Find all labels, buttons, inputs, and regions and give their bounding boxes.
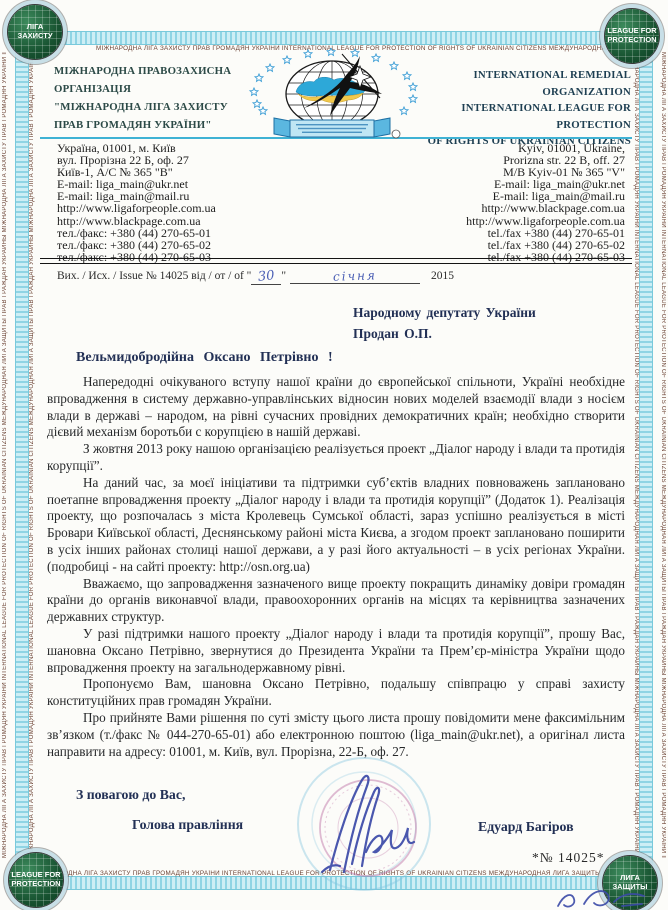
border-text-left-outer: МІЖНАРОДНА ЛІГА ЗАХИСТУ ПРАВ ГРОМАДЯН УК… xyxy=(2,52,8,858)
month-blank: січня xyxy=(290,269,420,284)
corner-emblem-globe-icon: LEAGUE FOR PROTECTION xyxy=(9,853,63,907)
handwritten-day: 30 xyxy=(257,268,275,285)
scanned-letter-page: МІЖНАРОДНА ЛІГА ЗАХИСТУ ПРАВ ГРОМАДЯН УК… xyxy=(0,0,668,910)
org-title-line: INTERNATIONAL REMEDIAL ORGANIZATION xyxy=(399,67,631,100)
org-title-line: INTERNATIONAL LEAGUE FOR PROTECTION xyxy=(399,100,631,133)
paragraph: Напередодні очікуваного вступу нашої кра… xyxy=(47,374,625,441)
contact-block-english: Kyiv, 01001, Ukraine, Prorizna str. 22 В… xyxy=(466,142,625,263)
signer-title: Голова правління xyxy=(132,817,243,833)
recipient-name: Продан О.П. xyxy=(353,323,536,344)
paragraph: Вважаємо, що запровадження зазначеного в… xyxy=(47,576,625,626)
border-text-right-outer: МІЖНАРОДНА ЛІГА ЗАХИСТУ ПРАВ ГРОМАДЯН УК… xyxy=(660,52,666,858)
contact-line-website: http://www.blackpage.com.ua xyxy=(57,215,216,227)
contact-block-ukrainian: Україна, 01001, м. Київ вул. Прорізна 22… xyxy=(57,142,216,263)
issue-label: Вих. / Исх. / Issue № 14025 від / от / o… xyxy=(57,270,244,282)
border-band-top xyxy=(40,31,632,45)
handwritten-received-mark xyxy=(554,886,650,910)
border-band-right xyxy=(639,42,653,878)
outgoing-number-line: Вих. / Исх. / Issue № 14025 від / от / o… xyxy=(57,268,454,284)
reference-number: *№ 14025* xyxy=(532,850,605,866)
border-text-left-inner: МІЖНАРОДНА ЛІГА ЗАХИСТУ ПРАВ ГРОМАДЯН УК… xyxy=(29,52,35,858)
day-blank: 30 xyxy=(251,269,281,285)
org-title-line: МІЖНАРОДНА ПРАВОЗАХИСНА ОРГАНІЗАЦІЯ xyxy=(54,62,266,98)
border-text-right-inner: МІЖНАРОДНА ЛІГА ЗАХИСТУ ПРАВ ГРОМАДЯН УК… xyxy=(633,52,639,858)
paragraph: У разі підтримки нашого проекту „Діалог … xyxy=(47,626,625,676)
emblem-label: LEAGUE FOR PROTECTION xyxy=(603,27,660,44)
border-band-left xyxy=(15,42,29,878)
org-title-line: "МІЖНАРОДНА ЛІГА ЗАХИСТУ xyxy=(54,98,266,116)
salutation: Вельмидобродійна Оксано Петрівно ! xyxy=(76,350,333,366)
signer-name: Едуард Багіров xyxy=(478,819,574,835)
handwritten-signature xyxy=(292,766,432,888)
contact-line-phone: tel./fax +380 (44) 270-65-01 xyxy=(466,227,625,239)
contact-line-website: http://www.ligaforpeople.com.ua xyxy=(57,202,216,214)
recipient-block: Народному депутату України Продан О.П. xyxy=(353,302,536,344)
paragraph: На даний час, за моєї ініціативи та підт… xyxy=(47,475,625,576)
corner-emblem-globe-icon: ЛІГА ЗАХИСТУ xyxy=(8,5,62,59)
address-divider-double-line xyxy=(40,258,632,264)
org-title-line: ПРАВ ГРОМАДЯН УКРАЇНИ" xyxy=(54,116,266,134)
emblem-label: LEAGUE FOR PROTECTION xyxy=(7,871,64,888)
issue-year: 2015 xyxy=(431,270,454,282)
quote-mark: " xyxy=(281,270,286,282)
closing-phrase: З повагою до Вас, xyxy=(76,787,185,803)
corner-emblem-globe-icon: LEAGUE FOR PROTECTION xyxy=(605,9,659,63)
organization-logo-globe-swallow-icon xyxy=(246,48,430,144)
contact-line-website: http://www.ligaforpeople.com.ua xyxy=(466,215,625,227)
handwritten-month: січня xyxy=(333,268,377,284)
contact-line-phone: тел./факс: +380 (44) 270-65-01 xyxy=(57,227,216,239)
recipient-title: Народному депутату України xyxy=(353,302,536,323)
letter-body: Напередодні очікуваного вступу нашої кра… xyxy=(47,374,625,760)
emblem-label: ЛІГА ЗАХИСТУ xyxy=(8,23,62,40)
contact-line-website: http://www.blackpage.com.ua xyxy=(466,202,625,214)
paragraph: Пропонуємо Вам, шановна Оксано Петрівно,… xyxy=(47,676,625,710)
paragraph: З жовтня 2013 року нашою організацією ре… xyxy=(47,441,625,475)
org-title-ukrainian: МІЖНАРОДНА ПРАВОЗАХИСНА ОРГАНІЗАЦІЯ "МІЖ… xyxy=(54,62,266,134)
